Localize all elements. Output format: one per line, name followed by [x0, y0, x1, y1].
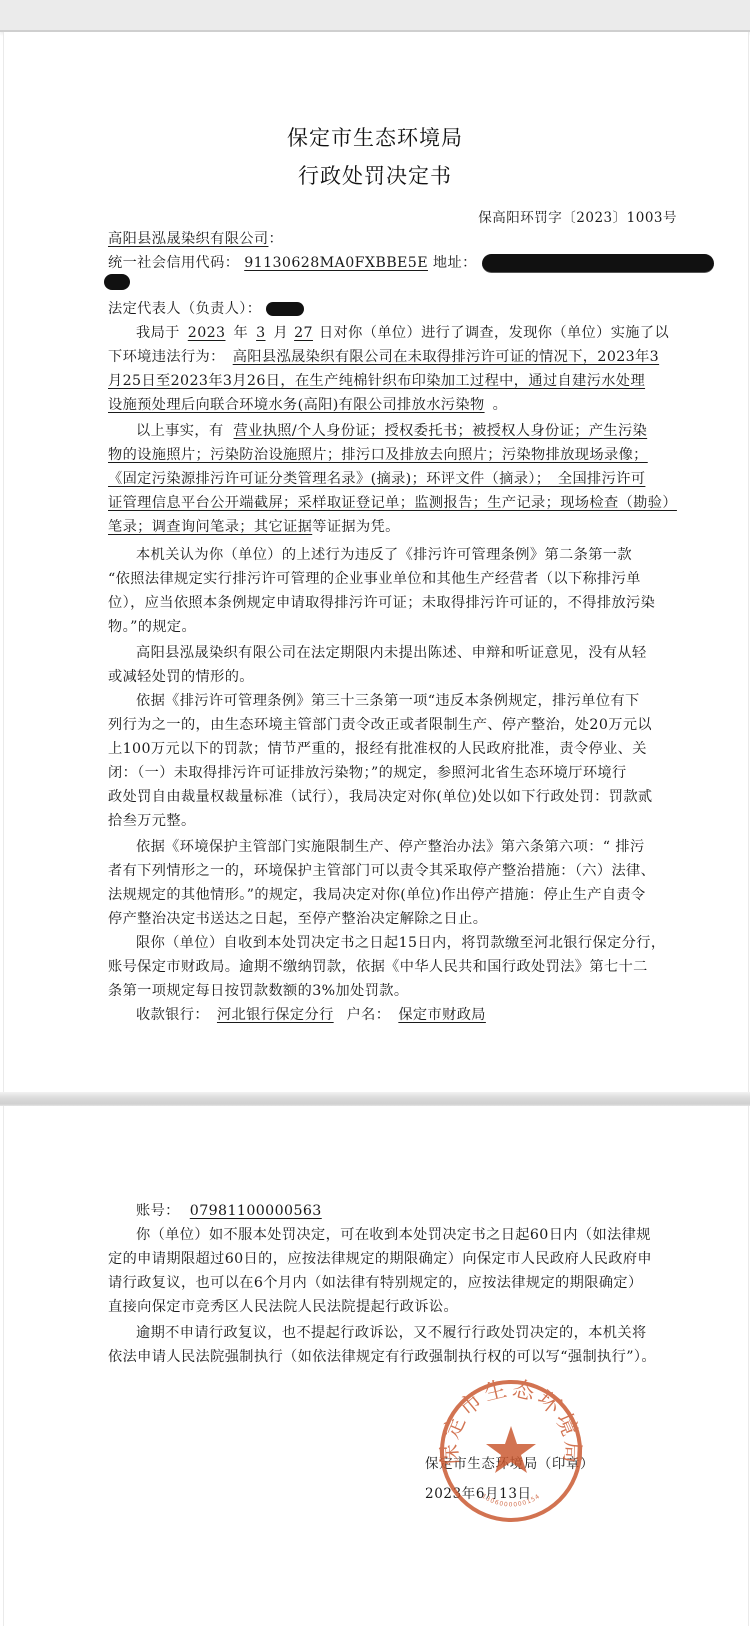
para8-line1: 你（单位）如不服本处罚决定，可在收到本处罚决定书之日起60日内（如法律规	[136, 1224, 651, 1244]
account-number-line: 账号：07981100000563	[136, 1200, 332, 1220]
redaction-mark	[104, 274, 130, 290]
para7-line1: 限你（单位）自收到本处罚决定书之日起15日内，将罚款缴至河北银行保定分行，	[136, 932, 665, 952]
para8-line2: 定的申请期限超过60日的，应按法律规定的期限确定）向保定市人民政府人民政府申	[108, 1248, 652, 1268]
address-label: 地址：	[433, 255, 477, 271]
para5-line4: 闭：（一）未取得排污许可证排放污染物；”的规定，参照河北省生态环境厅环境行	[108, 762, 627, 782]
para6-line4: 停产整治决定书送达之日起，至停产整治决定解除之日止。	[108, 908, 487, 928]
redacted-address	[482, 254, 714, 273]
investigation-day: 27	[288, 325, 319, 341]
redacted-address-continuation	[104, 274, 130, 290]
svg-text:1306000000154: 1306000000154	[480, 1493, 541, 1509]
document-type-title: 行政处罚决定书	[0, 160, 750, 190]
investigation-year: 2023	[180, 325, 234, 341]
legal-rep-line: 法定代表人（负责人）：	[108, 298, 304, 318]
para6-line3: 法规规定的其他情形。”的规定，我局决定对你(单位)作出停产措施：停止生产自责令	[108, 884, 646, 904]
para2-line2: 物的设施照片；污染防治设施照片；排污口及排放去向照片；污染物排放现场录像；	[108, 444, 648, 464]
legal-rep-label: 法定代表人（负责人）：	[108, 301, 261, 317]
recipient-line: 高阳县泓晟染织有限公司：	[108, 228, 283, 248]
para6-line1: 依据《环境保护主管部门实施限制生产、停产整治办法》第六条第六项：“ 排污	[136, 836, 645, 856]
para4-line1: 高阳县泓晟染织有限公司在法定期限内未提出陈述、申辩和听证意见，没有从轻	[136, 642, 647, 662]
para3-line3: 位），应当依照本条例规定申请取得排污许可证；未取得排污许可证的，不得排放污染	[108, 592, 655, 612]
para2-line1: 以上事实，有营业执照/个人身份证；授权委托书；被授权人身份证；产生污染	[136, 420, 647, 440]
para5-line5: 政处罚自由裁量权裁量标准（试行），我局决定对你(单位)处以如下行政处罚：罚款贰	[108, 786, 653, 806]
para2-line3: 《固定污染源排污许可证分类管理名录》(摘录)；环评文件（摘录）； 全国排污许可	[108, 468, 645, 488]
official-seal-icon: 保定市生态环境局 1306000000154	[438, 1378, 584, 1524]
redacted-legal-rep	[266, 302, 304, 316]
para5-line3: 上100万元以下的罚款；情节严重的，报经有批准权的人民政府批准，责令停业、关	[108, 738, 647, 758]
para9-line2: 依法申请人民法院强制执行（如依法律规定有行政强制执行权的可以写“强制执行”）。	[108, 1346, 656, 1366]
account-name-label: 户名：	[347, 1007, 391, 1023]
page-break	[0, 1092, 750, 1106]
company-name: 高阳县泓晟染织有限公司	[108, 231, 268, 247]
document-number: 保高阳环罚字〔2023〕1003号	[478, 206, 677, 226]
para1-line4: 设施预处理后向联合环境水务(高阳)有限公司排放水污染物。	[108, 394, 507, 414]
para6-line2: 者有下列情形之一的，环境保护主管部门可以责令其采取停产整治措施：（六）法律、	[108, 860, 655, 880]
para7-line3: 条第一项规定每日按罚款数额的3%加处罚款。	[108, 980, 408, 1000]
investigation-month: 3	[248, 325, 273, 341]
para5-line1: 依据《排污许可管理条例》第三十三条第一项“违反本条例规定，排污单位有下	[136, 690, 640, 710]
para1-line1: 我局于2023年3月27日对你（单位）进行了调查，发现你（单位）实施了以	[136, 322, 669, 342]
para7-line2: 账号保定市财政局。逾期不缴纳罚款，依据《中华人民共和国行政处罚法》第七十二	[108, 956, 648, 976]
credit-code-value: 91130628MA0FXBBE5E	[244, 255, 428, 271]
agency-title: 保定市生态环境局	[0, 122, 750, 152]
bank-line: 收款银行：河北银行保定分行 户名：保定市财政局	[136, 1004, 494, 1024]
para5-line2: 列行为之一的，由生态环境主管部门责令改正或者限制生产、停产整治，处20万元以	[108, 714, 652, 734]
para8-line4: 直接向保定市竞秀区人民法院人民法院提起行政诉讼。	[108, 1296, 458, 1316]
seal-serial: 1306000000154	[480, 1493, 541, 1509]
account-number-label: 账号：	[136, 1203, 180, 1219]
credit-code-label: 统一社会信用代码：	[108, 255, 239, 271]
para1-line2: 下环境违法行为：高阳县泓晟染织有限公司在未取得排污许可证的情况下，2023年3	[108, 346, 659, 366]
account-number: 07981100000563	[180, 1203, 332, 1219]
document-page-2	[3, 1106, 749, 1626]
bank-label: 收款银行：	[136, 1007, 209, 1023]
para4-line2: 或减轻处罚的情形的。	[108, 666, 254, 686]
viewer-top-bar	[0, 0, 750, 32]
bank-name: 河北银行保定分行	[209, 1007, 342, 1023]
para3-line4: 物。”的规定。	[108, 616, 196, 636]
credit-code-line: 统一社会信用代码： 91130628MA0FXBBE5E 地址：	[108, 252, 714, 273]
para3-line2: “依照法律规定实行排污许可管理的企业事业单位和其他生产经营者（以下称排污单	[108, 568, 641, 588]
para2-line4: 证管理信息平台公开端截屏；采样取证登记单；监测报告；生产记录；现场检查（勘验）	[108, 492, 677, 512]
para9-line1: 逾期不申请行政复议，也不提起行政诉讼，又不履行行政处罚决定的，本机关将	[136, 1322, 647, 1342]
para3-line1: 本机关认为你（单位）的上述行为违反了《排污许可管理条例》第二条第一款	[136, 544, 632, 564]
para2-line5: 笔录；调查询问笔录；其它证据等证据为凭。	[108, 516, 400, 536]
para1-line3: 月25日至2023年3月26日，在生产纯棉针织布印染加工过程中，通过自建污水处理	[108, 370, 645, 390]
para8-line3: 请行政复议，也可以在6个月内（如法律有特别规定的，应按法律规定的期限确定）	[108, 1272, 643, 1292]
para5-line6: 拾叁万元整。	[108, 810, 196, 830]
account-name: 保定市财政局	[390, 1007, 494, 1023]
